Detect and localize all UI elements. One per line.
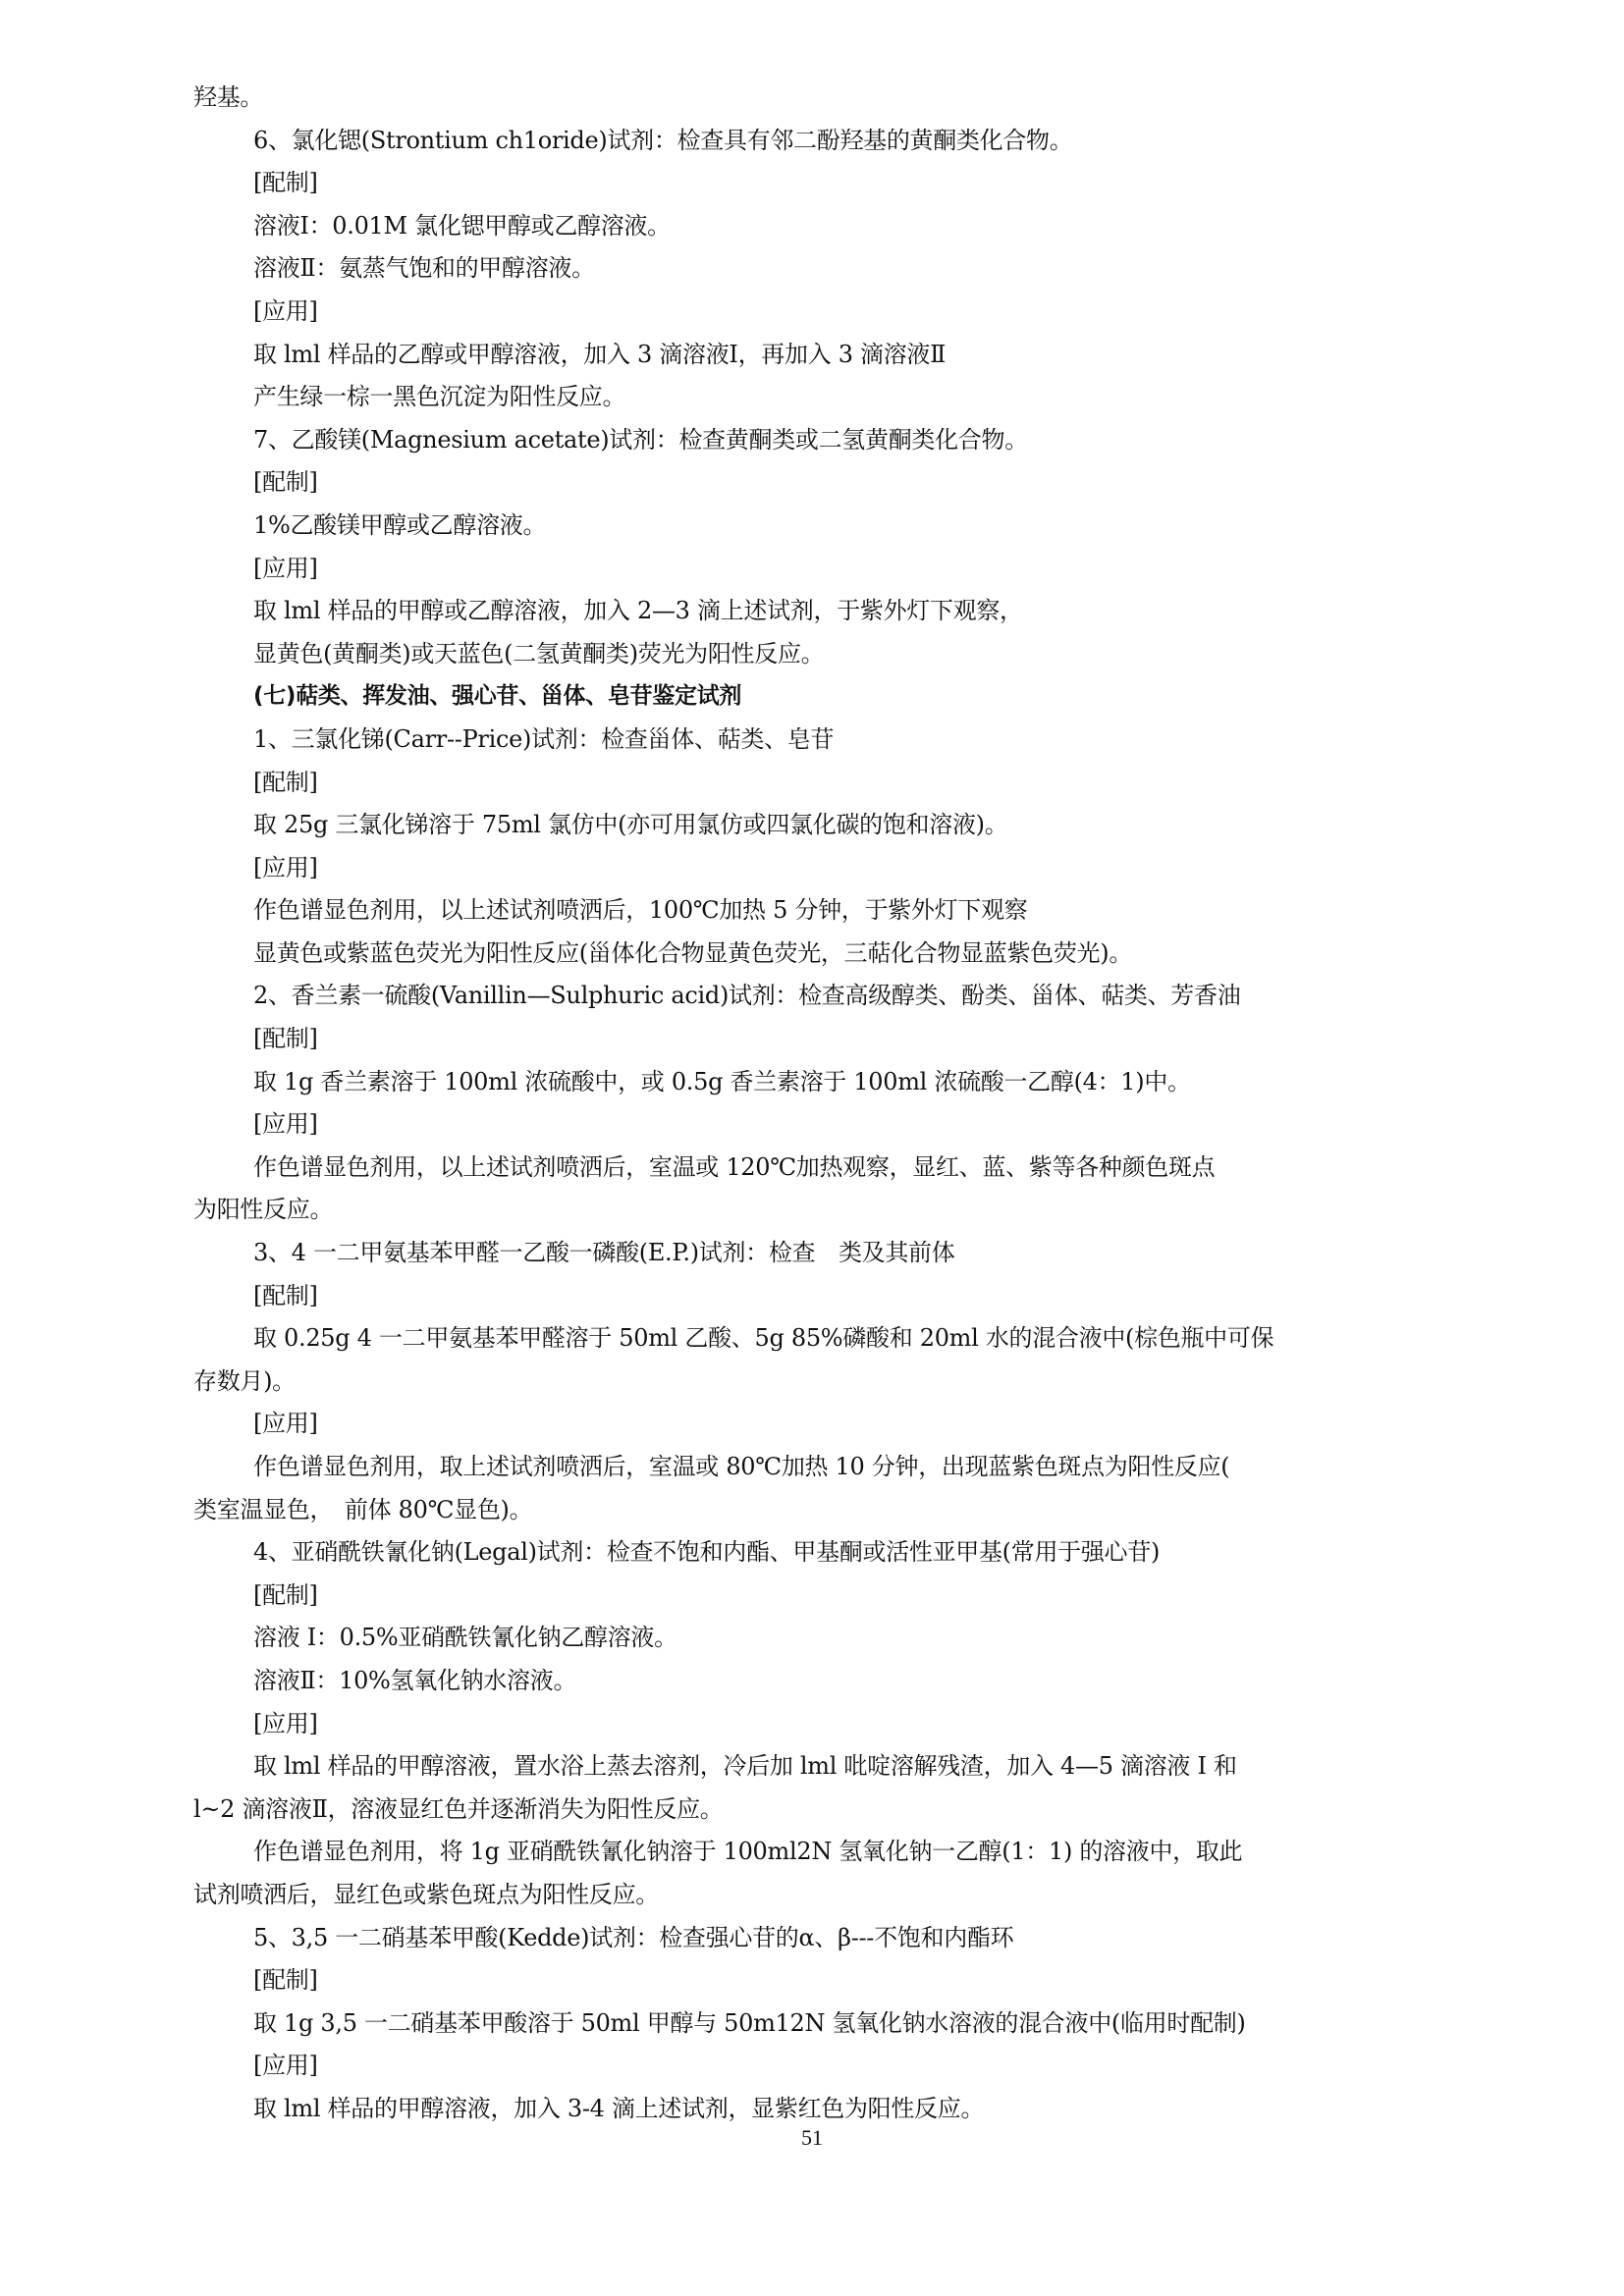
text-line: 作色谱显色剂用，以上述试剂喷洒后，100℃加热 5 分钟，于紫外灯下观察 — [193, 889, 1433, 933]
section-label-application: [应用] — [193, 548, 1433, 591]
text-line: 取 0.25g 4 一二甲氨基苯甲醛溶于 50ml 乙酸、5g 85%磷酸和 2… — [193, 1317, 1433, 1361]
text-line: 取 25g 三氯化锑溶于 75ml 氯仿中(亦可用氯仿或四氯化碳的饱和溶液)。 — [193, 804, 1433, 847]
page-number: 51 — [0, 2125, 1624, 2151]
section-label-application: [应用] — [193, 291, 1433, 334]
text-line: 产生绿一棕一黑色沉淀为阳性反应。 — [193, 376, 1433, 419]
section-label-application: [应用] — [193, 2045, 1433, 2088]
text-line: 作色谱显色剂用，将 1g 亚硝酰铁氰化钠溶于 100ml2N 氢氧化钠一乙醇(1… — [193, 1831, 1433, 1874]
section-label-application: [应用] — [193, 1403, 1433, 1446]
text-line: 取 1g 香兰素溶于 100ml 浓硫酸中，或 0.5g 香兰素溶于 100ml… — [193, 1061, 1433, 1104]
reagent-heading-carr-price: 1、三氯化锑(Carr--Price)试剂：检查甾体、萜类、皂苷 — [193, 719, 1433, 762]
section-label-preparation: [配制] — [193, 762, 1433, 805]
reagent-heading-legal: 4、亚硝酰铁氰化钠(Legal)试剂：检查不饱和内酯、甲基酮或活性亚甲基(常用于… — [193, 1531, 1433, 1575]
section-label-application: [应用] — [193, 1103, 1433, 1147]
text-line: 为阳性反应。 — [193, 1189, 1433, 1232]
section-label-preparation: [配制] — [193, 162, 1433, 205]
text-line: l~2 滴溶液Ⅱ，溶液显红色并逐渐消失为阳性反应。 — [193, 1789, 1433, 1832]
text-line: 溶液Ⅱ：氨蒸气饱和的甲醇溶液。 — [193, 247, 1433, 291]
section-label-preparation: [配制] — [193, 1575, 1433, 1618]
text-line: 试剂喷洒后，显红色或紫色斑点为阳性反应。 — [193, 1874, 1433, 1917]
section-label-preparation: [配制] — [193, 1959, 1433, 2002]
section-label-application: [应用] — [193, 1703, 1433, 1746]
text-line: 溶液Ⅰ：0.01M 氯化锶甲醇或乙醇溶液。 — [193, 205, 1433, 248]
section-heading-terpenoids: (七)萜类、挥发油、强心苷、甾体、皂苷鉴定试剂 — [193, 675, 1433, 719]
section-label-application: [应用] — [193, 847, 1433, 890]
text-line: 作色谱显色剂用，以上述试剂喷洒后，室温或 120℃加热观察，显红、蓝、紫等各种颜… — [193, 1147, 1433, 1190]
text-line: 取 lml 样品的乙醇或甲醇溶液，加入 3 滴溶液Ⅰ，再加入 3 滴溶液Ⅱ — [193, 334, 1433, 377]
text-line: 显黄色或紫蓝色荧光为阳性反应(甾体化合物显黄色荧光，三萜化合物显蓝紫色荧光)。 — [193, 933, 1433, 976]
text-line: 羟基。 — [193, 77, 1433, 120]
text-line: 1%乙酸镁甲醇或乙醇溶液。 — [193, 505, 1433, 548]
document-page: 羟基。 6、氯化锶(Strontium ch1oride)试剂：检查具有邻二酚羟… — [193, 77, 1433, 2131]
text-line: 显黄色(黄酮类)或天蓝色(二氢黄酮类)荧光为阳性反应。 — [193, 633, 1433, 676]
text-line: 取 lml 样品的甲醇或乙醇溶液，加入 2—3 滴上述试剂，于紫外灯下观察， — [193, 590, 1433, 633]
section-label-preparation: [配制] — [193, 1275, 1433, 1318]
text-line: 取 lml 样品的甲醇溶液，置水浴上蒸去溶剂，冷后加 lml 吡啶溶解残渣，加入… — [193, 1745, 1433, 1789]
text-line: 取 lml 样品的甲醇溶液，加入 3-4 滴上述试剂，显紫红色为阳性反应。 — [193, 2088, 1433, 2131]
reagent-heading-ep: 3、4 一二甲氨基苯甲醛一乙酸一磷酸(E.P.)试剂：检查 类及其前体 — [193, 1232, 1433, 1275]
section-label-preparation: [配制] — [193, 1018, 1433, 1061]
text-line: 取 1g 3,5 一二硝基苯甲酸溶于 50ml 甲醇与 50m12N 氢氧化钠水… — [193, 2002, 1433, 2046]
text-line: 类室温显色， 前体 80℃显色)。 — [193, 1489, 1433, 1532]
reagent-heading-strontium-chloride: 6、氯化锶(Strontium ch1oride)试剂：检查具有邻二酚羟基的黄酮… — [193, 120, 1433, 163]
text-line: 溶液 I：0.5%亚硝酰铁氰化钠乙醇溶液。 — [193, 1617, 1433, 1660]
text-line: 溶液Ⅱ：10%氢氧化钠水溶液。 — [193, 1660, 1433, 1703]
reagent-heading-vanillin-sulphuric: 2、香兰素一硫酸(Vanillin—Sulphuric acid)试剂：检查高级… — [193, 975, 1433, 1018]
reagent-heading-magnesium-acetate: 7、乙酸镁(Magnesium acetate)试剂：检查黄酮类或二氢黄酮类化合… — [193, 419, 1433, 462]
text-line: 作色谱显色剂用，取上述试剂喷洒后，室温或 80℃加热 10 分钟，出现蓝紫色斑点… — [193, 1446, 1433, 1489]
section-label-preparation: [配制] — [193, 461, 1433, 505]
text-line: 存数月)。 — [193, 1361, 1433, 1404]
reagent-heading-kedde: 5、3,5 一二硝基苯甲酸(Kedde)试剂：检查强心苷的α、β---不饱和内酯… — [193, 1917, 1433, 1960]
